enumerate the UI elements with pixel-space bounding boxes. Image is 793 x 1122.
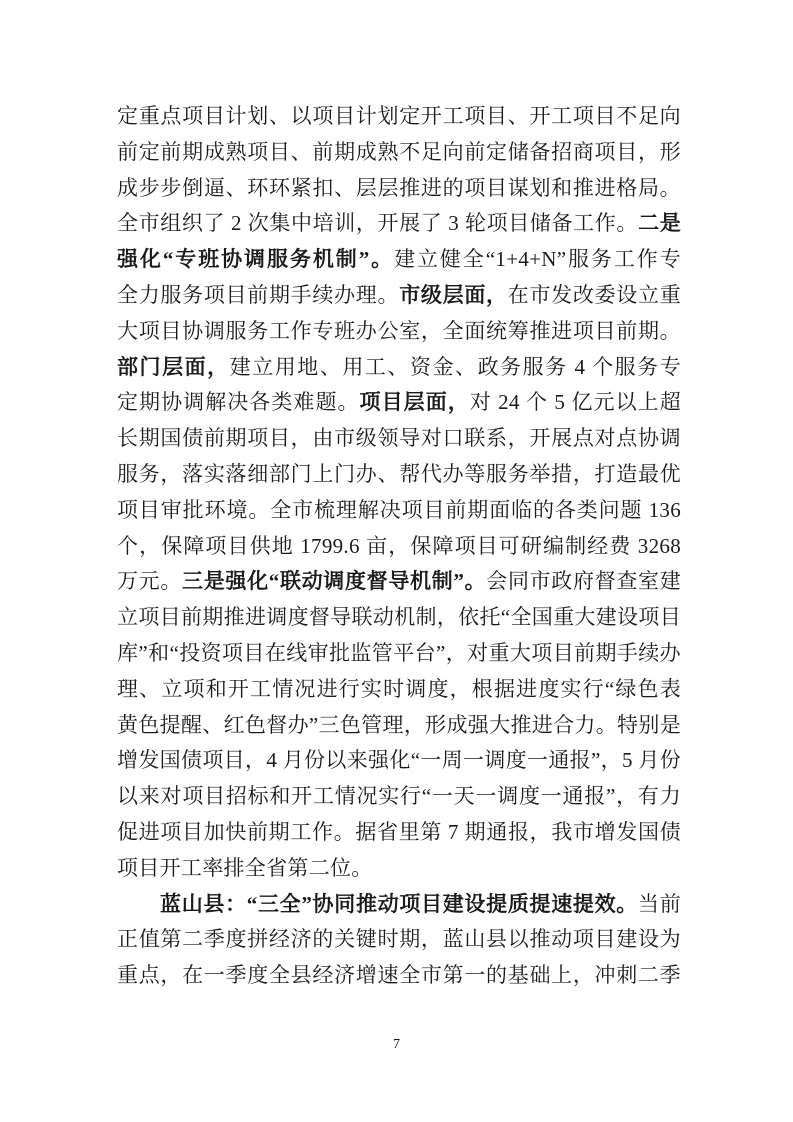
text-line: 正值第二季度拼经济的关键时期，蓝山县以推动项目建设为 [117,922,681,958]
text-line: 个，保障项目供地 1799.6 亩，保障项目可研编制经费 3268 [117,529,681,565]
text-run: 当前 [638,892,681,916]
text-line: 长期国债前期项目，由市级领导对口联系，开展点对点协调 [117,421,681,457]
paragraph: 定重点项目计划、以项目计划定开工项目、开工项目不足向前定前期成熟项目、前期成熟不… [117,99,681,887]
text-line: 大项目协调服务工作专班办公室，全面统筹推进项目前期。 [117,314,681,350]
text-run: 库”和“投资项目在线审批监管平台”，对重大项目前期手续办 [117,641,681,665]
text-run: 立项目前期推进调度督导联动机制，依托“全国重大建设项目 [117,605,681,629]
text-run: 成步步倒逼、环环紧扣、层层推进的项目谋划和推进格局。 [117,176,681,200]
text-run: 促进项目加快前期工作。据省里第 7 期通报，我市增发国债 [117,820,681,844]
text-run: 项目审批环境。全市梳理解决项目前期面临的各类问题 136 [117,498,681,522]
text-line: 理、立项和开工情况进行实时调度，根据进度实行“绿色表扬、 [117,672,681,708]
document-text-block: 定重点项目计划、以项目计划定开工项目、开工项目不足向前定前期成熟项目、前期成熟不… [117,99,681,994]
bold-text-run: 强化“专班协调服务机制”。 [117,247,394,271]
text-run: 定重点项目计划、以项目计划定开工项目、开工项目不足向 [117,104,681,128]
bold-text-run: 项目层面， [360,390,470,414]
text-line: 项目审批环境。全市梳理解决项目前期面临的各类问题 136 [117,493,681,529]
text-run: 万元。 [117,569,182,593]
text-run: 黄色提醒、红色督办”三色管理，形成强大推进合力。特别是 [117,713,681,737]
text-run: 对 24 个 5 亿元以上超 [470,390,681,414]
bold-text-run: 市级层面， [399,283,508,307]
text-line: 成步步倒逼、环环紧扣、层层推进的项目谋划和推进格局。 [117,171,681,207]
text-run: 重点，在一季度全县经济增速全市第一的基础上，冲刺二季 [117,963,681,987]
text-line: 黄色提醒、红色督办”三色管理，形成强大推进合力。特别是 [117,708,681,744]
text-line: 定重点项目计划、以项目计划定开工项目、开工项目不足向 [117,99,681,135]
text-line: 强化“专班协调服务机制”。建立健全“1+4+N”服务工作专班， [117,242,681,278]
text-run: 全市组织了 2 次集中培训，开展了 3 轮项目储备工作。 [117,211,638,235]
text-run: 大项目协调服务工作专班办公室，全面统筹推进项目前期。 [117,319,681,343]
bold-text-run: 部门层面， [117,355,230,379]
text-line: 部门层面，建立用地、用工、资金、政务服务 4 个服务专班， [117,350,681,386]
text-line: 全力服务项目前期手续办理。市级层面，在市发改委设立重 [117,278,681,314]
text-line: 以来对项目招标和开工情况实行“一天一调度一通报”，有力 [117,779,681,815]
text-line: 蓝山县：“三全”协同推动项目建设提质提速提效。当前 [117,887,681,923]
text-line: 重点，在一季度全县经济增速全市第一的基础上，冲刺二季 [117,958,681,994]
paragraph: 蓝山县：“三全”协同推动项目建设提质提速提效。当前正值第二季度拼经济的关键时期，… [117,887,681,994]
text-line: 增发国债项目，4 月份以来强化“一周一调度一通报”，5 月份 [117,743,681,779]
text-run: 服务，落实落细部门上门办、帮代办等服务举措，打造最优 [117,462,681,486]
text-line: 项目开工率排全省第二位。 [117,851,681,887]
text-line: 服务，落实落细部门上门办、帮代办等服务举措，打造最优 [117,457,681,493]
text-line: 全市组织了 2 次集中培训，开展了 3 轮项目储备工作。二是 [117,206,681,242]
text-run: 以来对项目招标和开工情况实行“一天一调度一通报”，有力 [117,784,681,808]
bold-text-run: 二是 [638,211,681,235]
text-run: 正值第二季度拼经济的关键时期，蓝山县以推动项目建设为 [117,927,681,951]
text-line: 立项目前期推进调度督导联动机制，依托“全国重大建设项目 [117,600,681,636]
text-run: 理、立项和开工情况进行实时调度，根据进度实行“绿色表扬、 [117,677,681,708]
text-run: 在市发改委设立重 [508,283,681,307]
bold-text-run: 三是强化“联动调度督导机制”。 [182,569,486,593]
text-run: 增发国债项目，4 月份以来强化“一周一调度一通报”，5 月份 [117,748,681,772]
text-run: 项目开工率排全省第二位。 [117,856,373,880]
text-line: 促进项目加快前期工作。据省里第 7 期通报，我市增发国债 [117,815,681,851]
text-run: 全力服务项目前期手续办理。 [117,283,399,307]
text-run: 个，保障项目供地 1799.6 亩，保障项目可研编制经费 3268 [117,534,681,558]
bold-text-run: 蓝山县：“三全”协同推动项目建设提质提速提效。 [160,892,638,916]
text-line: 万元。三是强化“联动调度督导机制”。会同市政府督查室建 [117,564,681,600]
text-run: 会同市政府督查室建 [486,569,681,593]
text-run: 前定前期成熟项目、前期成熟不足向前定储备招商项目，形 [117,140,681,164]
document-page: 定重点项目计划、以项目计划定开工项目、开工项目不足向前定前期成熟项目、前期成熟不… [0,0,793,1122]
text-line: 前定前期成熟项目、前期成熟不足向前定储备招商项目，形 [117,135,681,171]
text-line: 定期协调解决各类难题。项目层面，对 24 个 5 亿元以上超 [117,385,681,421]
text-run: 长期国债前期项目，由市级领导对口联系，开展点对点协调 [117,426,681,450]
text-line: 库”和“投资项目在线审批监管平台”，对重大项目前期手续办 [117,636,681,672]
page-number: 7 [0,1035,793,1055]
text-run: 定期协调解决各类难题。 [117,390,360,414]
